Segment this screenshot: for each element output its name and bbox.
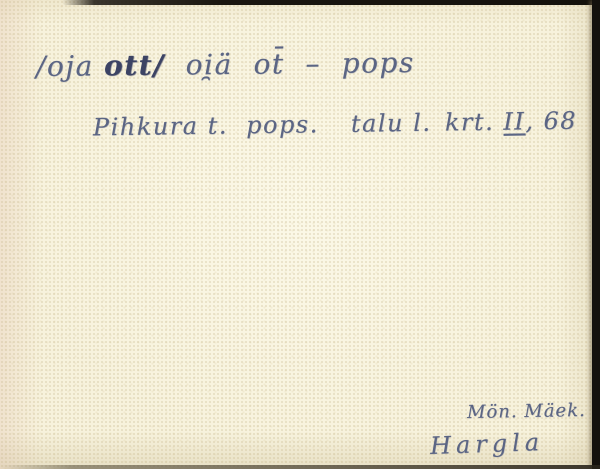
line2-talu-phrase: talu l. xyxy=(351,109,432,138)
collector-signature: Mön. Mäek. xyxy=(467,400,586,423)
line1-opening-phrase: /oja xyxy=(36,49,104,83)
line1-phonetic-notation: oi̯ä ot̄ – pops xyxy=(165,46,415,82)
line2-place-phrase: Pihkura t. pops. xyxy=(93,110,319,141)
handwritten-line-2: Pihkura t. pops. talu l. krt. II, 68 xyxy=(93,107,584,154)
scanned-archive-card: /oja ott/ oi̯ä ot̄ – pops Pihkura t. pop… xyxy=(0,0,600,469)
line1-overwritten-word: ott/ xyxy=(104,49,165,83)
handwritten-line-1: /oja ott/ oi̯ä ot̄ – pops xyxy=(36,46,415,83)
line2-map-reference: krt. II, 68 xyxy=(445,107,578,137)
scan-edge-bottom xyxy=(0,465,600,469)
map-ref-number: , 68 xyxy=(525,107,577,136)
map-ref-prefix: krt. xyxy=(445,108,504,137)
scan-edge-top xyxy=(62,0,600,5)
parish-name: Hargla xyxy=(430,428,545,460)
map-ref-roman-numeral: II xyxy=(503,107,525,135)
scan-edge-right xyxy=(592,0,600,469)
